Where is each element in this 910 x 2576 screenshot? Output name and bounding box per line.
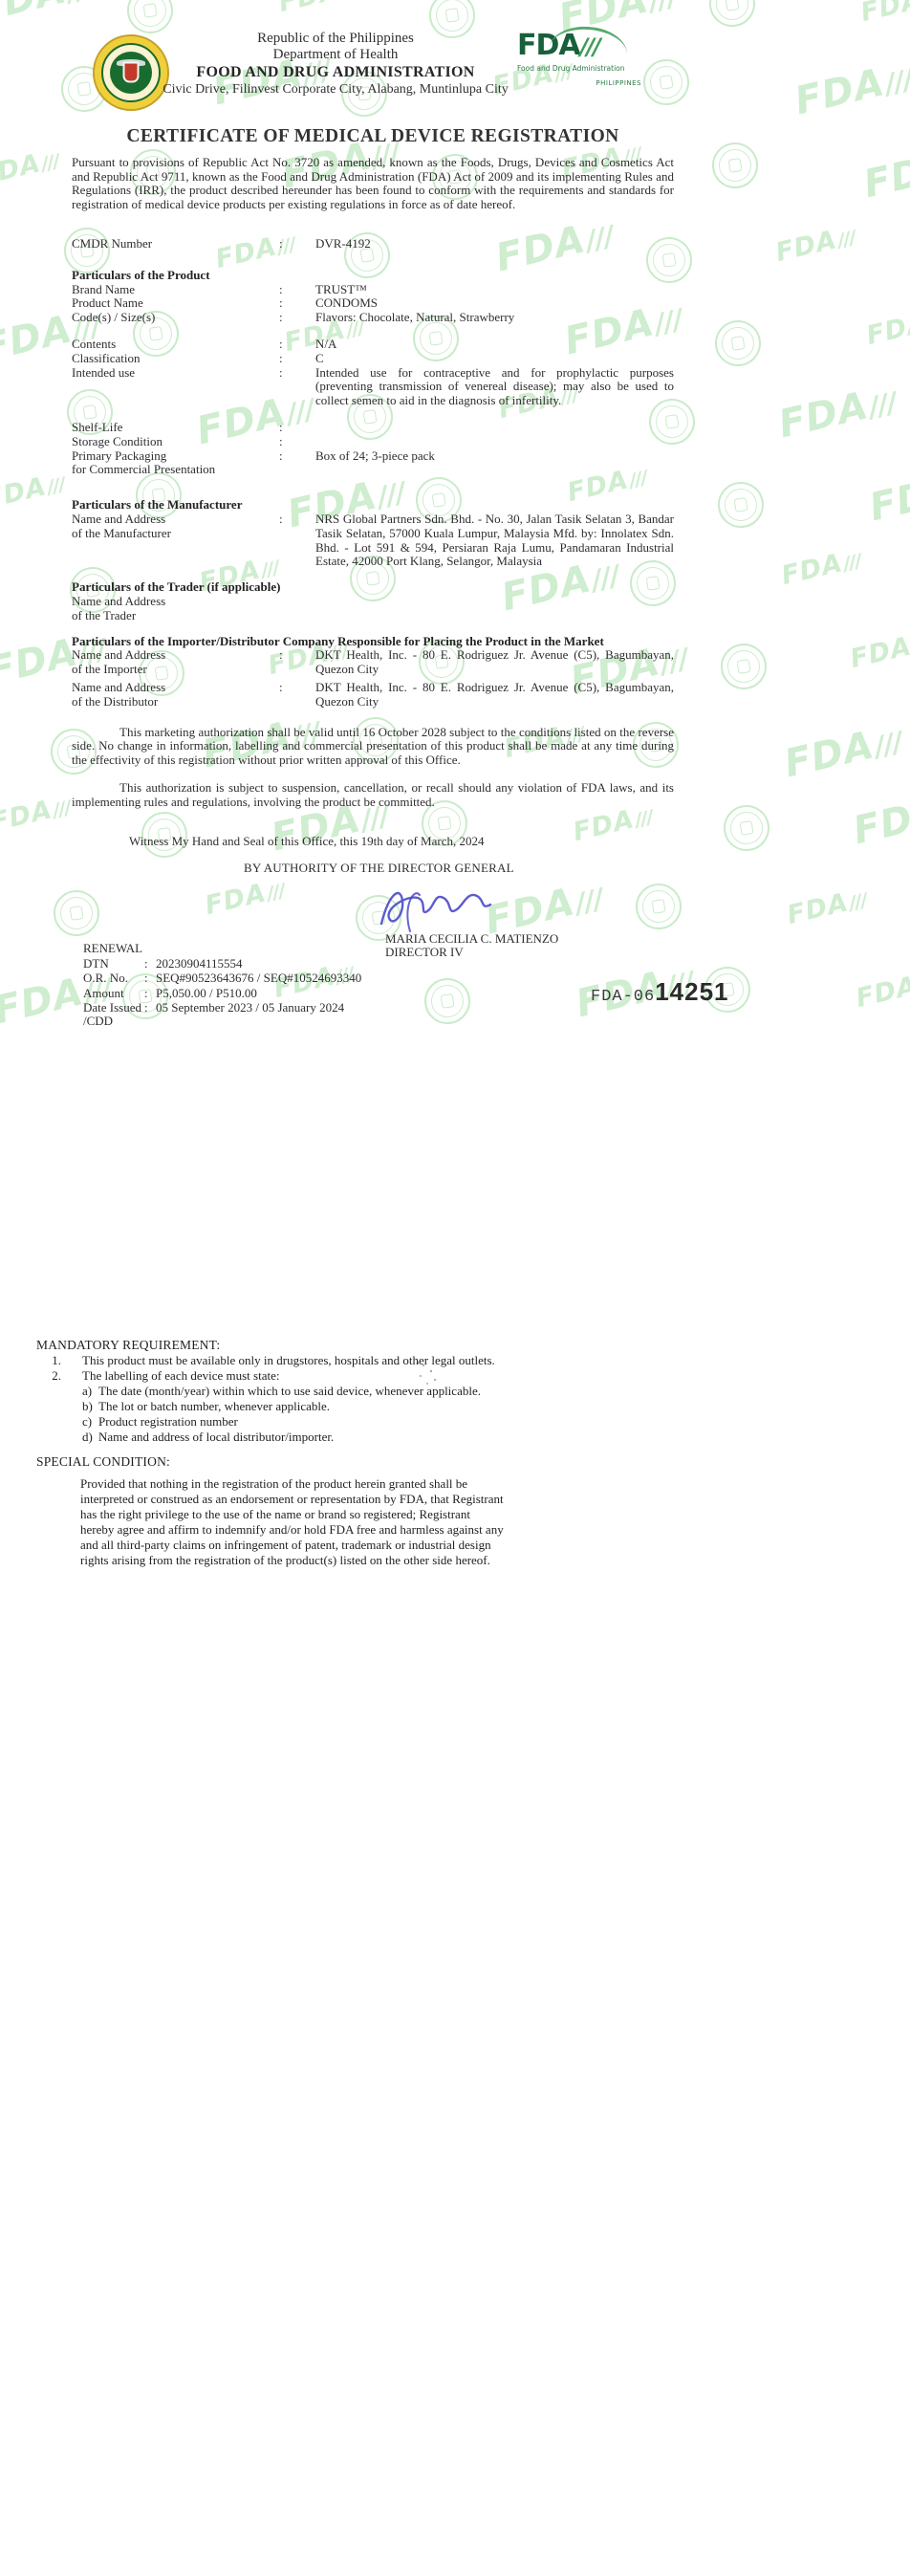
row-label: Brand Name (72, 283, 279, 297)
row-label: Code(s) / Size(s) (72, 311, 279, 325)
manufacturer-row: Name and Address of the Manufacturer NRS… (72, 513, 674, 569)
row-label: Product Name (72, 296, 279, 311)
row-value: TRUST™ (315, 283, 674, 297)
row-label: Primary Packaging (72, 449, 279, 464)
footer-label: O.R. No. (83, 971, 144, 985)
intro-paragraph: Pursuant to provisions of Republic Act N… (72, 156, 674, 212)
item-text: This product must be available only in d… (82, 1353, 514, 1368)
row-value: Intended use for contraceptive and for p… (315, 366, 674, 408)
fda-watermark-seal-icon (721, 802, 772, 854)
footer-value: SEQ#90523643676 / SEQ#10524693340 (156, 971, 361, 985)
footer-label: Date Issued (83, 1000, 144, 1015)
address-line: Civic Drive, Filinvest Corporate City, A… (135, 81, 536, 98)
authority-line: BY AUTHORITY OF THE DIRECTOR GENERAL (72, 862, 674, 876)
cmdr-value: DVR-4192 (315, 237, 674, 251)
row-value: Box of 24; 3-piece pack (315, 449, 674, 464)
fda-watermark-text-icon: FDA/// (0, 146, 61, 189)
footer-value: P5,050.00 / P510.00 (156, 986, 361, 1000)
spacer (65, 1368, 82, 1384)
sub-text: The date (month/year) within which to us… (98, 1384, 514, 1399)
packaging-row-storage: Storage Condition (72, 435, 674, 449)
colon (279, 366, 315, 381)
label-line1: Name and Address (72, 512, 165, 526)
requirement-sub-d: d) Name and address of local distributor… (36, 1430, 514, 1445)
fda-watermark-text-icon: FDA/// (860, 141, 910, 205)
colon (279, 648, 315, 663)
serial-digits: 14251 (655, 977, 728, 1006)
colon (279, 681, 315, 695)
fda-watermark-text-icon: FDA/// (775, 381, 899, 445)
colon (279, 311, 315, 325)
sub-letter: c) (82, 1414, 98, 1430)
colon (144, 956, 156, 971)
section-importer-distributor-heading: Particulars of the Importer/Distributor … (72, 635, 674, 649)
fda-watermark-text-icon: FDA/// (0, 0, 97, 28)
footer-row-date-issued: Date Issued 05 September 2023 / 05 Janua… (83, 1000, 361, 1015)
requirement-sub-a: a) The date (month/year) within which to… (36, 1384, 514, 1399)
distributor-value: DKT Health, Inc. - 80 E. Rodriguez Jr. A… (315, 681, 674, 709)
colon (144, 986, 156, 1000)
spacer (36, 1430, 82, 1445)
fda-watermark-text-icon: FDA/// (773, 223, 857, 266)
registration-type: RENEWAL (83, 941, 361, 956)
row-value: C (315, 352, 674, 366)
row-label: Name and Address of the Manufacturer (72, 513, 279, 541)
fda-watermark-text-icon: FDA/// (848, 629, 910, 672)
sub-text: Product registration number (98, 1414, 514, 1430)
fda-watermark-seal-icon (715, 479, 767, 531)
section-trader-heading: Particulars of the Trader (if applicable… (72, 580, 674, 595)
fda-watermark-text-icon: FDA/// (854, 969, 910, 1012)
packaging-tail-label: for Commercial Presentation (72, 463, 674, 477)
fda-watermark-text-icon: FDA/// (779, 546, 863, 589)
special-condition-heading: SPECIAL CONDITION: (36, 1454, 514, 1470)
section-product-heading: Particulars of the Product (72, 269, 674, 283)
details-row-contents: Contents N/A (72, 338, 674, 352)
row-label: Storage Condition (72, 435, 279, 449)
suspension-paragraph: This authorization is subject to suspens… (72, 781, 674, 810)
fda-watermark-text-icon: FDA/// (864, 306, 910, 349)
item-text: The labelling of each device must state: (82, 1368, 514, 1384)
label-line2: of the Importer (72, 662, 147, 676)
fda-logo-wordmark: FDA/// (517, 33, 641, 60)
footer-label: Amount (83, 986, 144, 1000)
serial-number: FDA-0614251 (591, 977, 729, 1007)
distributor-row: Name and Address of the Distributor DKT … (72, 681, 674, 709)
fda-watermark-seal-icon (709, 140, 761, 191)
colon (279, 435, 315, 449)
row-label: Contents (72, 338, 279, 352)
packaging-row-primary: Primary Packaging Box of 24; 3-piece pac… (72, 449, 674, 464)
sub-letter: b) (82, 1399, 98, 1414)
fda-logo-subtext: Food and Drug Administration (517, 62, 641, 76)
sub-letter: a) (82, 1384, 98, 1399)
special-condition-paragraph: Provided that nothing in the registratio… (80, 1476, 507, 1568)
fda-watermark-text-icon: FDA/// (858, 0, 910, 26)
colon (279, 338, 315, 352)
fda-watermark-text-icon: FDA/// (276, 0, 360, 16)
colon (279, 283, 315, 297)
sub-text: The lot or batch number, whenever applic… (98, 1399, 514, 1414)
sub-text: Name and address of local distributor/im… (98, 1430, 514, 1445)
row-label: Name and Address of the Importer (72, 648, 279, 677)
witness-line: Witness My Hand and Seal of this Office,… (72, 835, 674, 849)
details-group: Contents N/A Classification C Intended u… (72, 338, 674, 408)
manufacturer-value: NRS Global Partners Sdn. Bhd. - No. 30, … (315, 513, 674, 569)
item-number: 1. (36, 1353, 65, 1368)
footer-label: DTN (83, 956, 144, 971)
colon (279, 352, 315, 366)
row-value: CONDOMS (315, 296, 674, 311)
row-label: Name and Address of the Distributor (72, 681, 279, 709)
label-line1: Name and Address (72, 647, 165, 662)
requirement-item-2: 2. The labelling of each device must sta… (36, 1368, 514, 1384)
spacer (36, 1414, 82, 1430)
trader-label-line2: of the Trader (72, 609, 674, 623)
importer-value: DKT Health, Inc. - 80 E. Rodriguez Jr. A… (315, 648, 674, 677)
cmdr-row: CMDR Number DVR-4192 (72, 237, 674, 251)
requirement-sub-c: c) Product registration number (36, 1414, 514, 1430)
colon (279, 296, 315, 311)
colon (144, 1000, 156, 1015)
certificate-title: CERTIFICATE OF MEDICAL DEVICE REGISTRATI… (72, 130, 674, 144)
spacer (36, 1384, 82, 1399)
packaging-group: Shelf-Life Storage Condition Primary Pac… (72, 421, 674, 477)
footer-row-dtn: DTN 20230904115554 (83, 956, 361, 971)
fda-watermark-seal-icon (718, 641, 769, 692)
details-row-intended-use: Intended use Intended use for contracept… (72, 366, 674, 408)
product-row-codes: Code(s) / Size(s) Flavors: Chocolate, Na… (72, 311, 674, 325)
seal-shield-shape (123, 62, 140, 83)
footer-registration-block: RENEWAL DTN 20230904115554 O.R. No. SEQ#… (83, 941, 361, 1029)
certificate-content: Republic of the Philippines Department o… (72, 27, 674, 1023)
footer-row-or-no: O.R. No. SEQ#90523643676 / SEQ#105246933… (83, 971, 361, 985)
row-value: Flavors: Chocolate, Natural, Strawberry (315, 311, 674, 325)
row-label: Intended use (72, 366, 279, 381)
product-row-name: Product Name CONDOMS (72, 296, 674, 311)
fda-watermark-text-icon: FDA/// (866, 464, 910, 528)
spacer (36, 1399, 82, 1414)
sub-letter: d) (82, 1430, 98, 1445)
department-line: Department of Health (135, 47, 536, 63)
importer-row: Name and Address of the Importer DKT Hea… (72, 648, 674, 677)
row-label: Classification (72, 352, 279, 366)
row-label: Shelf-Life (72, 421, 279, 435)
signature-block: MARIA CECILIA C. MATIENZO DIRECTOR IV RE… (72, 880, 674, 1023)
label-line2: of the Manufacturer (72, 526, 171, 540)
fda-watermark-text-icon: FDA/// (791, 57, 910, 121)
mandatory-requirement-heading: MANDATORY REQUIREMENT: (36, 1338, 514, 1353)
fda-logo-country: PHILIPPINES (517, 76, 641, 91)
label-line1: Name and Address (72, 680, 165, 694)
fda-logo: FDA/// Food and Drug Administration PHIL… (517, 33, 641, 91)
fda-watermark-seal-icon (706, 0, 758, 30)
signature-icon (368, 882, 511, 937)
spacer (65, 1353, 82, 1368)
agency-line: FOOD AND DRUG ADMINISTRATION (135, 63, 536, 81)
row-value: N/A (315, 338, 674, 352)
serial-prefix: FDA-06 (591, 988, 655, 1006)
fda-watermark-seal-icon (712, 317, 764, 369)
packaging-row-shelf-life: Shelf-Life (72, 421, 674, 435)
product-row-brand: Brand Name TRUST™ (72, 283, 674, 297)
colon (279, 237, 315, 251)
document-header: Republic of the Philippines Department o… (72, 27, 674, 115)
cmdr-label: CMDR Number (72, 237, 279, 251)
header-text: Republic of the Philippines Department o… (135, 31, 536, 98)
colon (279, 449, 315, 464)
item-number: 2. (36, 1368, 65, 1384)
fda-watermark-text-icon: FDA/// (0, 793, 73, 836)
footer-row-amount: Amount P5,050.00 / P510.00 (83, 986, 361, 1000)
trader-label-line1: Name and Address (72, 595, 674, 609)
footer-code: /CDD (83, 1015, 361, 1029)
footer-value: 05 September 2023 / 05 January 2024 (156, 1000, 361, 1015)
fda-watermark-text-icon: FDA/// (781, 720, 905, 784)
label-line2: of the Distributor (72, 694, 158, 709)
requirement-item-1: 1. This product must be available only i… (36, 1353, 514, 1368)
validity-paragraph: This marketing authorization shall be va… (72, 726, 674, 768)
footer-value: 20230904115554 (156, 956, 361, 971)
colon (279, 421, 315, 435)
fda-watermark-text-icon: FDA/// (850, 787, 910, 851)
details-row-classification: Classification C (72, 352, 674, 366)
fda-watermark-text-icon: FDA/// (0, 469, 67, 513)
section-manufacturer-heading: Particulars of the Manufacturer (72, 498, 674, 513)
republic-line: Republic of the Philippines (135, 31, 536, 47)
certificate-page: FDA///FDA///FDA///FDA///FDA///FDA///FDA/… (0, 0, 910, 2576)
colon (279, 513, 315, 527)
fda-watermark-text-icon: FDA/// (785, 885, 869, 928)
signatory-title: DIRECTOR IV (385, 946, 464, 960)
requirement-sub-b: b) The lot or batch number, whenever app… (36, 1399, 514, 1414)
requirements-section: MANDATORY REQUIREMENT: 1. This product m… (36, 1338, 514, 1568)
colon (144, 971, 156, 985)
